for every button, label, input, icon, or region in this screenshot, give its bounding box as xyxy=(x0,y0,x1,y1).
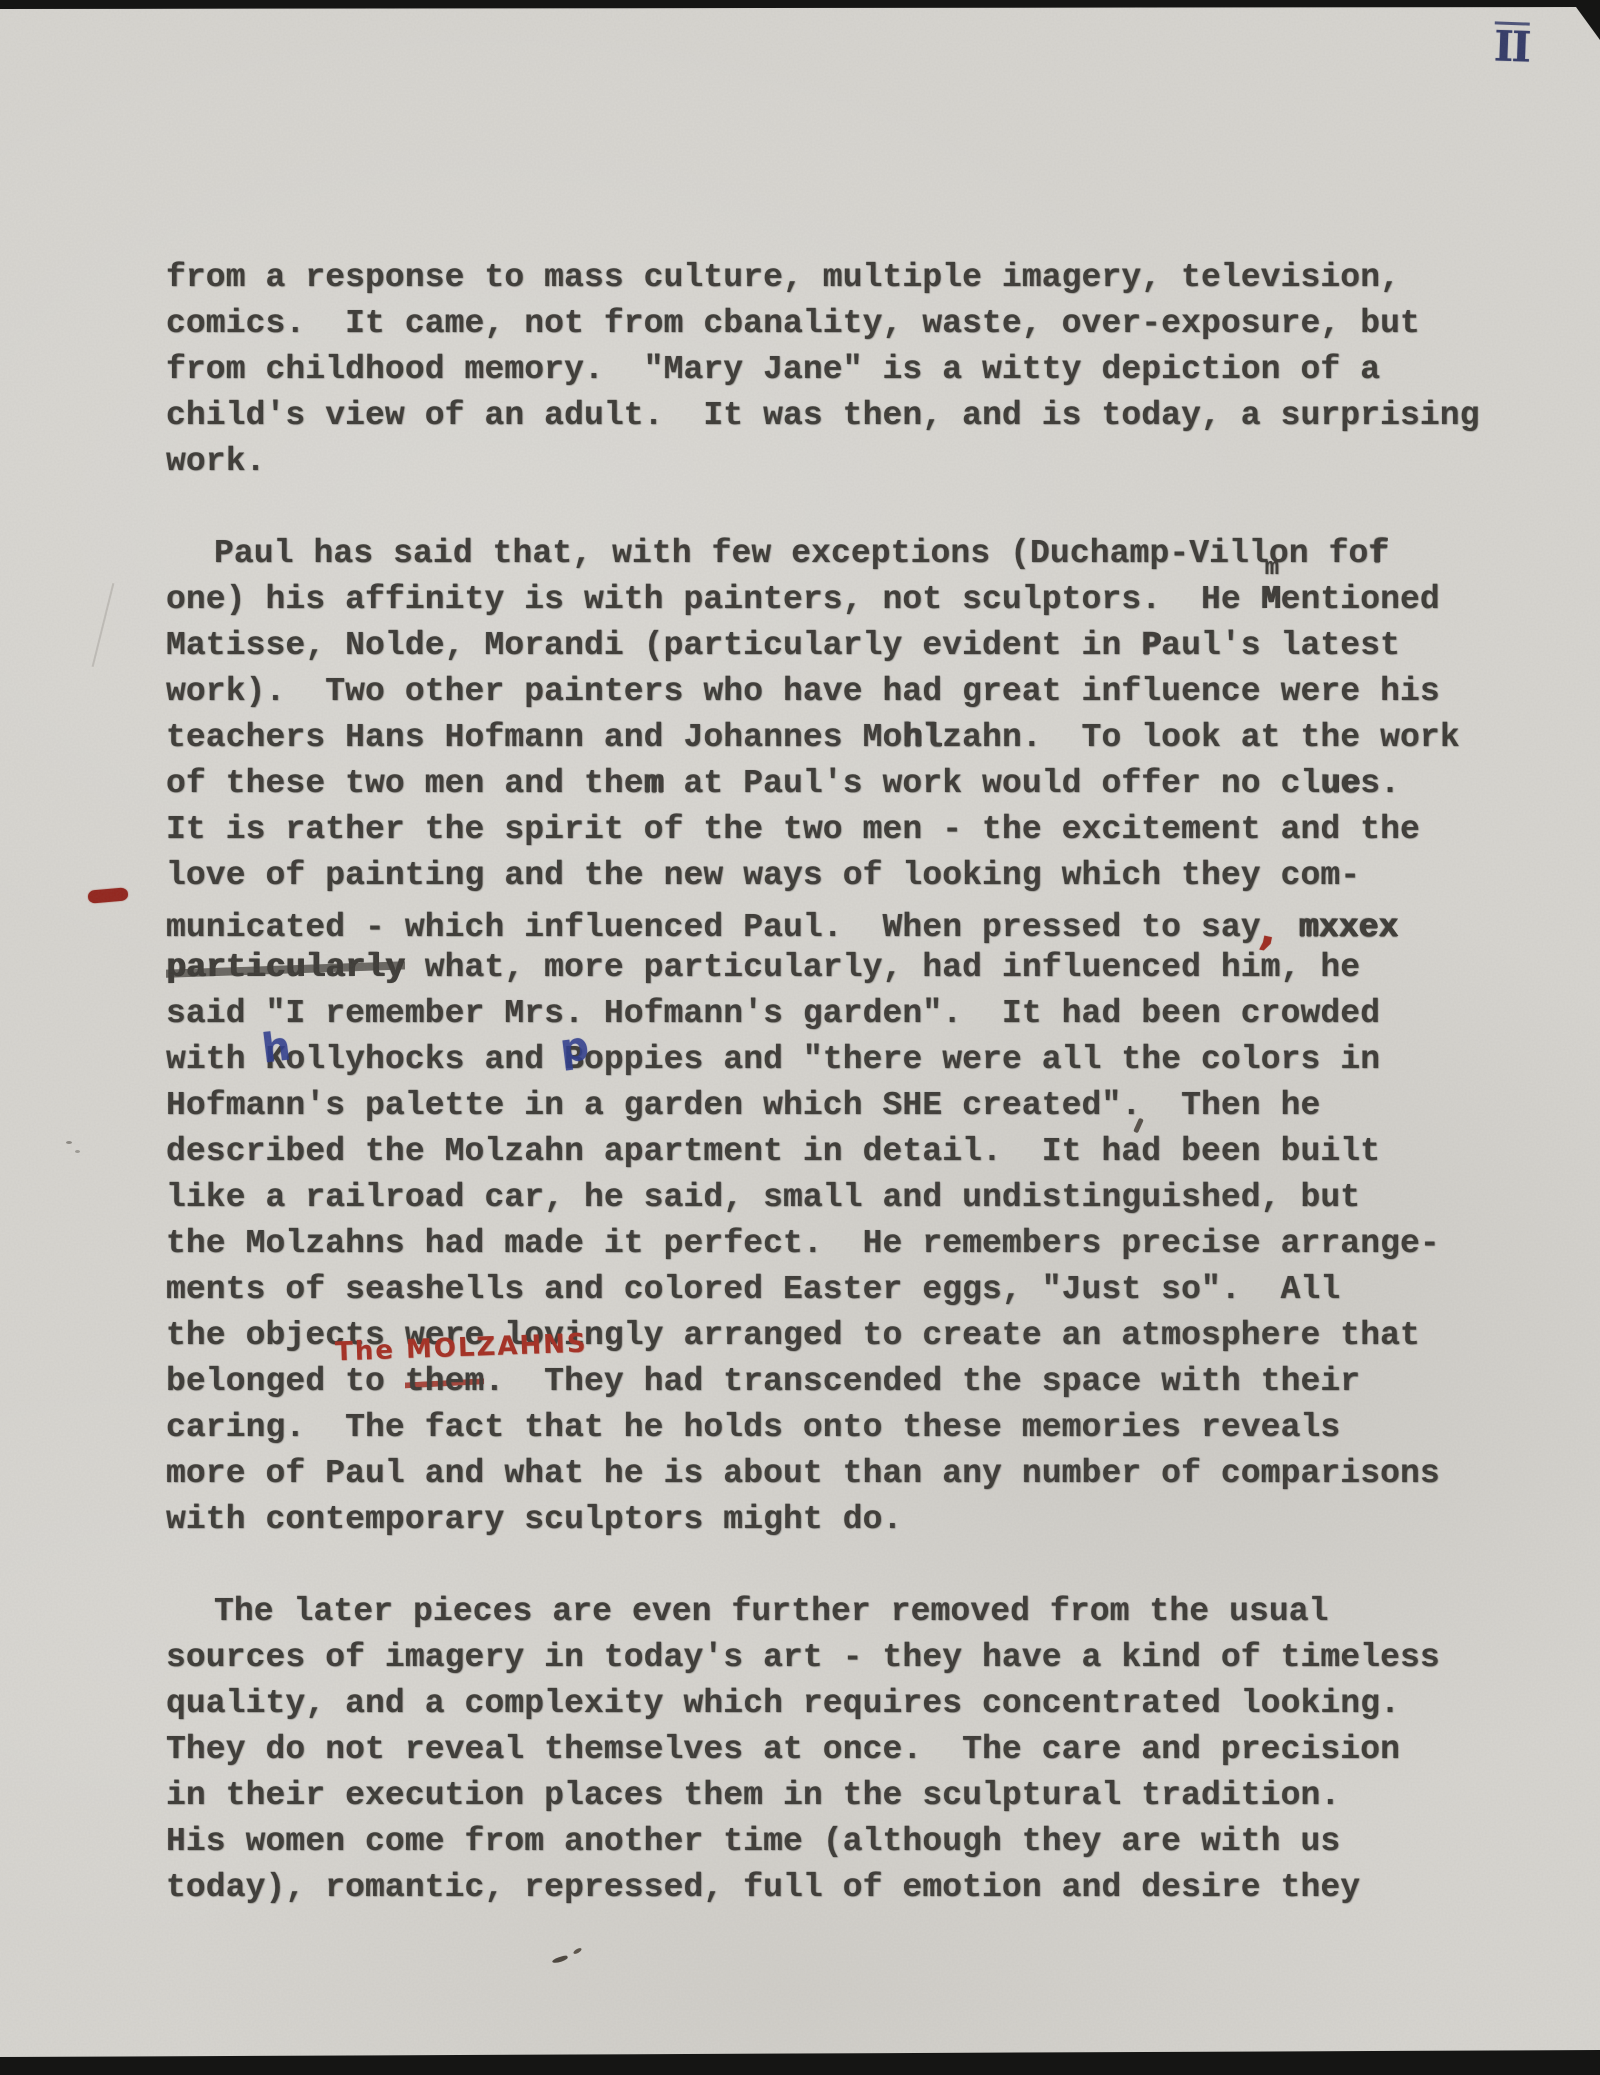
page-number: II xyxy=(1493,21,1530,69)
text-segment: from a response to mass culture, multipl… xyxy=(166,259,1400,296)
text-line: quality, and a complexity which requires… xyxy=(166,1681,1566,1727)
text-segment: the Molzahns had made it perfect. He rem… xyxy=(166,1225,1440,1262)
text-segment: quality, and a complexity which requires… xyxy=(166,1685,1400,1722)
text-segment: in their execution places them in the sc… xyxy=(166,1777,1340,1814)
text-line: It is rather the spirit of the two men -… xyxy=(166,807,1566,853)
text-line: sources of imagery in today's art - they… xyxy=(166,1635,1566,1681)
text-segment: ollyhocks and xyxy=(285,1041,564,1078)
text-line: one) his affinity is with painters, not … xyxy=(166,577,1566,623)
text-line: caring. The fact that he holds onto thes… xyxy=(166,1405,1566,1451)
handwritten-annotation: The MOLZAHNS xyxy=(334,1331,587,1366)
text-segment: of these two men and the xyxy=(166,765,644,802)
inserted-character: Mm xyxy=(1261,577,1281,623)
text-line: from childhood memory. "Mary Jane" is a … xyxy=(166,347,1566,393)
text-segment: one) his affinity is with painters, not … xyxy=(166,581,1261,618)
text-line: particularly what, more particularly, ha… xyxy=(166,945,1566,991)
paragraph: The later pieces are even further remove… xyxy=(166,1589,1566,1911)
text-segment: belonged to xyxy=(166,1363,405,1400)
text-line: teachers Hans Hofmann and Johannes Mohlz… xyxy=(166,715,1566,761)
text-line: belonged to The MOLZAHNSthem. They had t… xyxy=(166,1359,1566,1405)
handwritten-correction-letter: p xyxy=(558,1024,592,1071)
text-segment: like a railroad car, he said, small and … xyxy=(166,1179,1360,1216)
text-segment: municated - which influenced Paul. When … xyxy=(166,909,1261,946)
text-segment: . They had transcended the space with th… xyxy=(484,1363,1360,1400)
text-segment: at Paul's work would offer no cl xyxy=(664,765,1321,802)
text-segment: aul's latest xyxy=(1161,627,1400,664)
text-segment: They do not reveal themselves at once. T… xyxy=(166,1731,1400,1768)
text-segment: The later pieces are even further remove… xyxy=(214,1593,1329,1630)
text-line: more of Paul and what he is about than a… xyxy=(166,1451,1566,1497)
text-segment: love of painting and the new ways of loo… xyxy=(166,857,1360,894)
text-segment: work). Two other painters who have had g… xyxy=(166,673,1440,710)
text-segment: s. xyxy=(1360,765,1400,802)
text-block: from a response to mass culture, multipl… xyxy=(166,255,1566,1911)
text-segment: with xyxy=(166,1041,266,1078)
text-line: of these two men and them at Paul's work… xyxy=(166,761,1566,807)
scanned-typewritten-page: { "page": { "number": "II", "paper_color… xyxy=(0,0,1600,2075)
text-line: work. xyxy=(166,439,1566,485)
text-line: child's view of an adult. It was then, a… xyxy=(166,393,1566,439)
overtyped-text: hl xyxy=(902,719,942,756)
text-segment: what, more particularly, had influenced … xyxy=(405,949,1360,986)
text-line: comics. It came, not from cbanality, was… xyxy=(166,301,1566,347)
text-segment: said "I remember Mrs. Hofmann's garden".… xyxy=(166,995,1380,1032)
red-struck-word: them xyxy=(405,1363,485,1400)
text-segment: teachers Hans Hofmann and Johannes Mo xyxy=(166,719,902,756)
text-line: the Molzahns had made it perfect. He rem… xyxy=(166,1221,1566,1267)
text-line: Matisse, Nolde, Morandi (particularly ev… xyxy=(166,623,1566,669)
typed-insertion-letter: m xyxy=(1265,557,1280,581)
paragraph: Paul has said that, with few exceptions … xyxy=(166,531,1566,1543)
text-line: work). Two other painters who have had g… xyxy=(166,669,1566,715)
text-line: in their execution places them in the sc… xyxy=(166,1773,1566,1819)
text-segment: Matisse, Nolde, Morandi (particularly ev… xyxy=(166,627,1141,664)
text-line: love of painting and the new ways of loo… xyxy=(166,853,1566,899)
text-line: like a railroad car, he said, small and … xyxy=(166,1175,1566,1221)
text-line: from a response to mass culture, multipl… xyxy=(166,255,1566,301)
text-line: with Khollyhocks and Bpoppies and "there… xyxy=(166,1037,1566,1083)
text-line: They do not reveal themselves at once. T… xyxy=(166,1727,1566,1773)
overtyped-text: ue xyxy=(1320,765,1360,802)
text-segment: ments of seashells and colored Easter eg… xyxy=(166,1271,1340,1308)
text-segment: work. xyxy=(166,443,266,480)
text-segment: caring. The fact that he holds onto thes… xyxy=(166,1409,1340,1446)
text-segment: It is rather the spirit of the two men -… xyxy=(166,811,1420,848)
text-line: ments of seashells and colored Easter eg… xyxy=(166,1267,1566,1313)
text-segment: His women come from another time (althou… xyxy=(166,1823,1340,1860)
text-segment: oppies and "there were all the colors in xyxy=(584,1041,1380,1078)
overtyped-text: P xyxy=(1141,627,1161,664)
text-segment: sources of imagery in today's art - they… xyxy=(166,1639,1440,1676)
text-segment: with contemporary sculptors might do. xyxy=(166,1501,902,1538)
typed-character: M xyxy=(1261,581,1281,618)
text-segment: comics. It came, not from cbanality, was… xyxy=(166,305,1420,342)
text-line: The later pieces are even further remove… xyxy=(166,1589,1566,1635)
text-line: Paul has said that, with few exceptions … xyxy=(166,531,1566,577)
text-segment: Hofmann's palette in a garden which SHE … xyxy=(166,1087,1320,1124)
struck-out-text: particularly xyxy=(166,949,405,986)
overtyped-text: f xyxy=(1368,535,1388,572)
text-segment: Paul has said that, with few exceptions … xyxy=(214,535,1368,572)
overtyped-text: mxxex xyxy=(1299,909,1399,946)
text-segment: described the Molzahn apartment in detai… xyxy=(166,1133,1380,1170)
overwritten-character: Kh xyxy=(266,1037,286,1083)
text-segment: today), romantic, repressed, full of emo… xyxy=(166,1869,1360,1906)
text-line: Hofmann's palette in a garden which SHE … xyxy=(166,1083,1566,1129)
pencil-speck xyxy=(75,1150,80,1153)
text-segment: zahn. To look at the work xyxy=(942,719,1459,756)
handwritten-correction-letter: h xyxy=(259,1024,293,1071)
pencil-speck xyxy=(66,1141,72,1144)
text-line: described the Molzahn apartment in detai… xyxy=(166,1129,1566,1175)
text-segment: child's view of an adult. It was then, a… xyxy=(166,397,1480,434)
overtyped-text: m xyxy=(644,765,664,802)
text-segment: entioned xyxy=(1281,581,1440,618)
corrected-word-group: The MOLZAHNSthem xyxy=(405,1359,485,1405)
text-line: said "I remember Mrs. Hofmann's garden".… xyxy=(166,991,1566,1037)
text-line: today), romantic, repressed, full of emo… xyxy=(166,1865,1566,1911)
text-segment: from childhood memory. "Mary Jane" is a … xyxy=(166,351,1380,388)
text-segment: more of Paul and what he is about than a… xyxy=(166,1455,1440,1492)
paragraph: from a response to mass culture, multipl… xyxy=(166,255,1566,485)
text-line: His women come from another time (althou… xyxy=(166,1819,1566,1865)
text-line: municated - which influenced Paul. When … xyxy=(166,899,1566,945)
text-line: with contemporary sculptors might do. xyxy=(166,1497,1566,1543)
overwritten-character: Bp xyxy=(564,1037,584,1083)
